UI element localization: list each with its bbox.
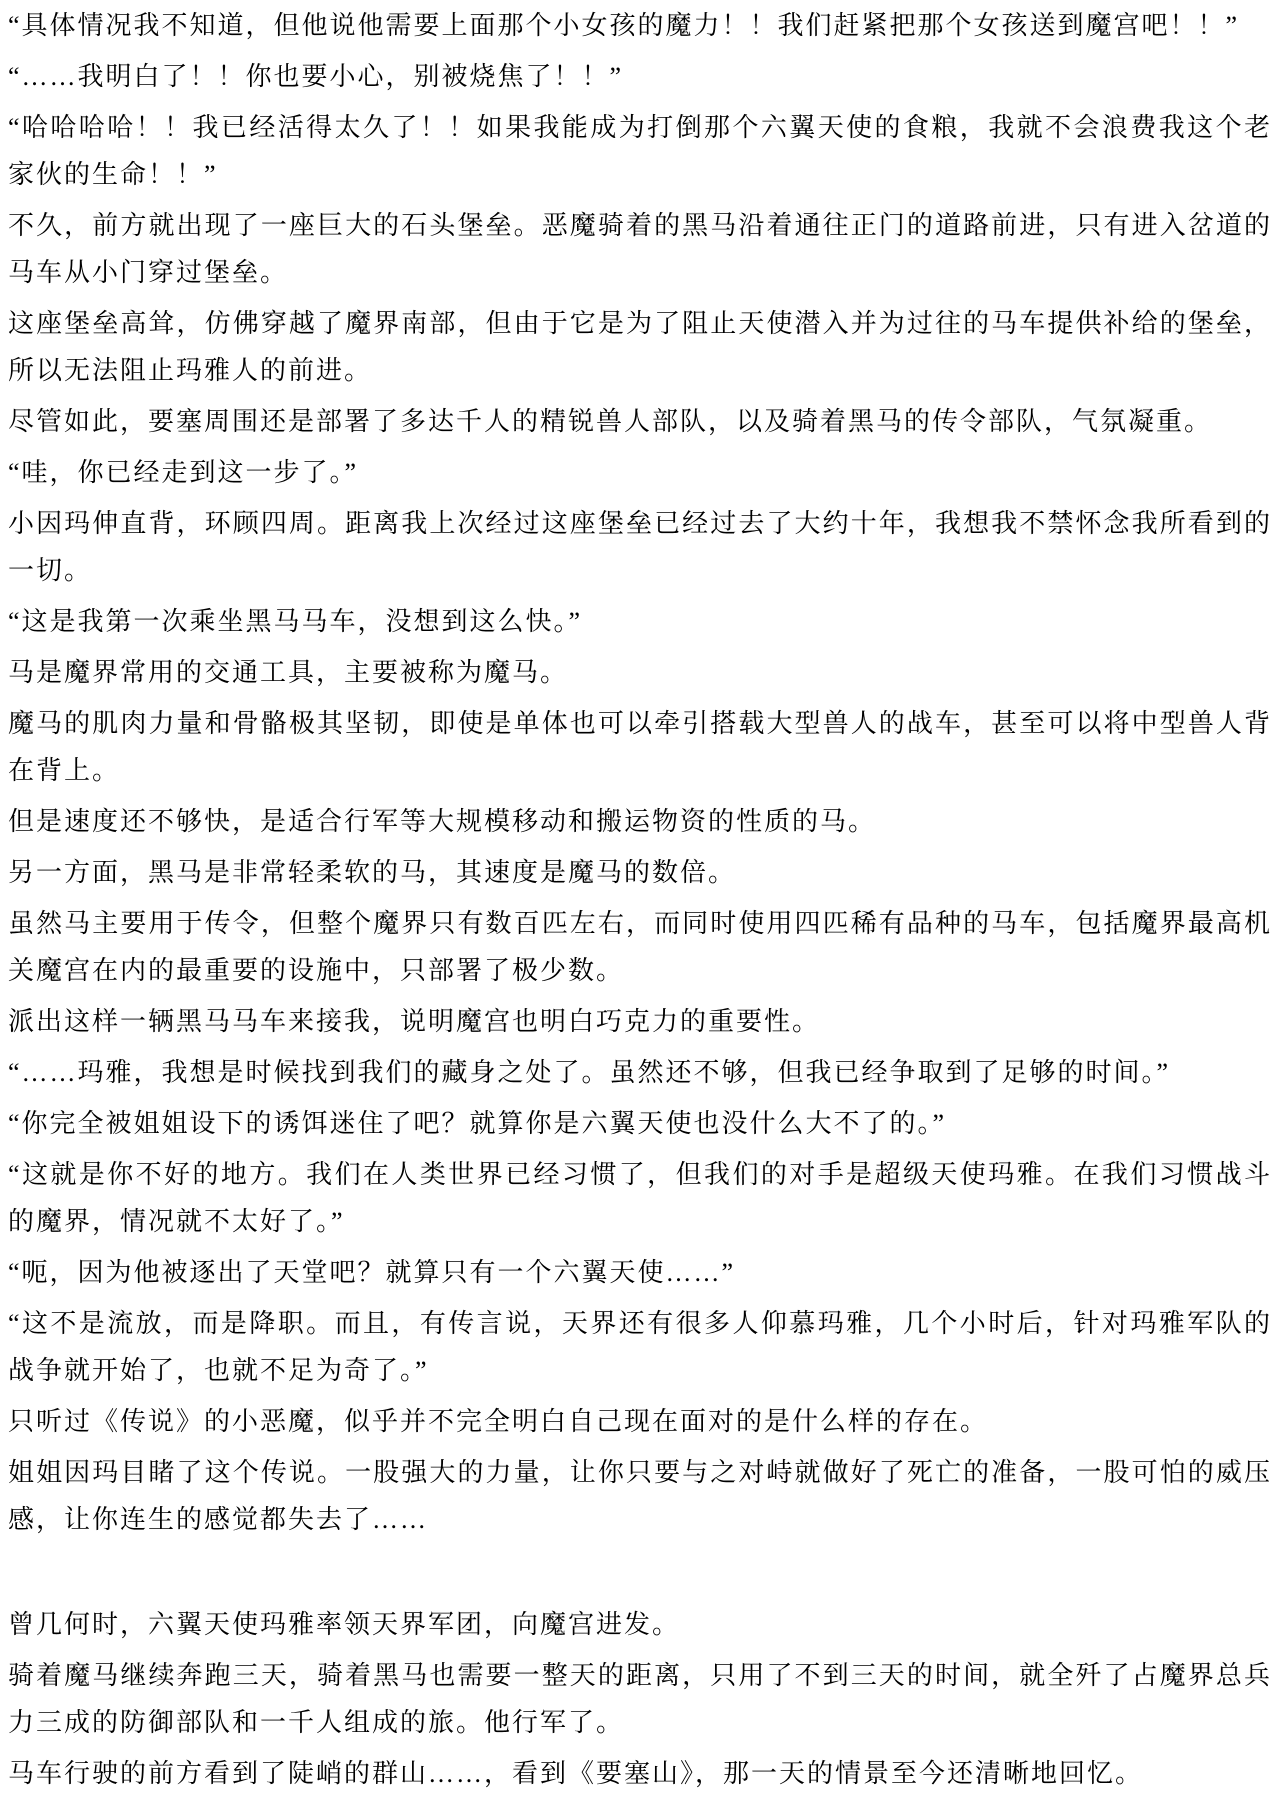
paragraph: “……玛雅，我想是时候找到我们的藏身之处了。虽然还不够，但我已经争取到了足够的时… xyxy=(8,1049,1272,1096)
paragraph: 小因玛伸直背，环顾四周。距离我上次经过这座堡垒已经过去了大约十年，我想我不禁怀念… xyxy=(8,500,1272,594)
paragraph: “具体情况我不知道，但他说他需要上面那个小女孩的魔力！！我们赶紧把那个女孩送到魔… xyxy=(8,2,1272,49)
paragraph: “这不是流放，而是降职。而且，有传言说，天界还有很多人仰慕玛雅，几个小时后，针对… xyxy=(8,1300,1272,1394)
paragraph: 但是速度还不够快，是适合行军等大规模移动和搬运物资的性质的马。 xyxy=(8,798,1272,845)
paragraph: 另一方面，黑马是非常轻柔软的马，其速度是魔马的数倍。 xyxy=(8,849,1272,896)
paragraph: “这是我第一次乘坐黑马马车，没想到这么快。” xyxy=(8,598,1272,645)
paragraph: “呃，因为他被逐出了天堂吧？就算只有一个六翼天使……” xyxy=(8,1249,1272,1296)
paragraph: 只听过《传说》的小恶魔，似乎并不完全明白自己现在面对的是什么样的存在。 xyxy=(8,1398,1272,1445)
paragraph: “哈哈哈哈！！我已经活得太久了！！如果我能成为打倒那个六翼天使的食粮，我就不会浪… xyxy=(8,104,1272,198)
document-page: “具体情况我不知道，但他说他需要上面那个小女孩的魔力！！我们赶紧把那个女孩送到魔… xyxy=(0,0,1280,1810)
paragraph: “这就是你不好的地方。我们在人类世界已经习惯了，但我们的对手是超级天使玛雅。在我… xyxy=(8,1151,1272,1245)
paragraph: 马车行驶的前方看到了陡峭的群山……，看到《要塞山》，那一天的情景至今还清晰地回忆… xyxy=(8,1750,1272,1797)
paragraph: 派出这样一辆黑马马车来接我，说明魔宫也明白巧克力的重要性。 xyxy=(8,998,1272,1045)
paragraph: 不久，前方就出现了一座巨大的石头堡垒。恶魔骑着的黑马沿着通往正门的道路前进，只有… xyxy=(8,202,1272,296)
paragraph: “你完全被姐姐设下的诱饵迷住了吧？就算你是六翼天使也没什么大不了的。” xyxy=(8,1100,1272,1147)
paragraph: 魔马的肌肉力量和骨骼极其坚韧，即使是单体也可以牵引搭载大型兽人的战车，甚至可以将… xyxy=(8,700,1272,794)
paragraph: “哇，你已经走到这一步了。” xyxy=(8,449,1272,496)
paragraph: 这座堡垒高耸，仿佛穿越了魔界南部，但由于它是为了阻止天使潜入并为过往的马车提供补… xyxy=(8,300,1272,394)
paragraph-gap xyxy=(8,1547,1272,1601)
paragraph: 马是魔界常用的交通工具，主要被称为魔马。 xyxy=(8,649,1272,696)
paragraph: 姐姐因玛目睹了这个传说。一股强大的力量，让你只要与之对峙就做好了死亡的准备，一股… xyxy=(8,1449,1272,1543)
paragraph: 骑着魔马继续奔跑三天，骑着黑马也需要一整天的距离，只用了不到三天的时间，就全歼了… xyxy=(8,1652,1272,1746)
paragraph: 虽然马主要用于传令，但整个魔界只有数百匹左右，而同时使用四匹稀有品种的马车，包括… xyxy=(8,900,1272,994)
paragraph: 尽管如此，要塞周围还是部署了多达千人的精锐兽人部队，以及骑着黑马的传令部队，气氛… xyxy=(8,398,1272,445)
paragraph: 曾几何时，六翼天使玛雅率领天界军团，向魔宫进发。 xyxy=(8,1601,1272,1648)
paragraph: “……我明白了！！你也要小心，别被烧焦了！！” xyxy=(8,53,1272,100)
